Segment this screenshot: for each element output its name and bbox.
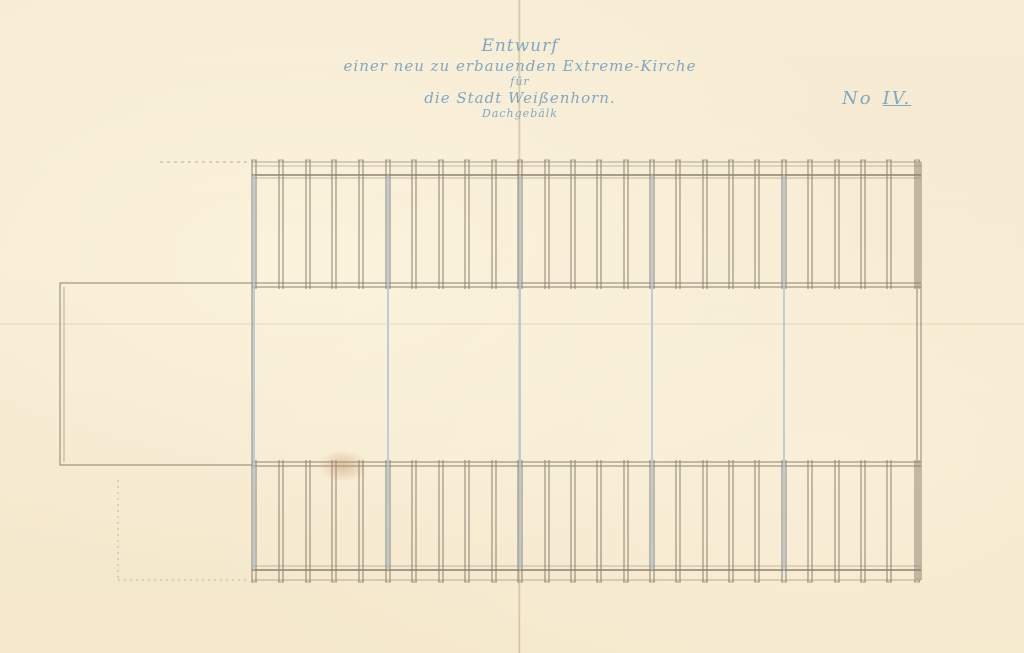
water-stain [318,450,368,482]
roof-timber-plan [0,0,1024,653]
